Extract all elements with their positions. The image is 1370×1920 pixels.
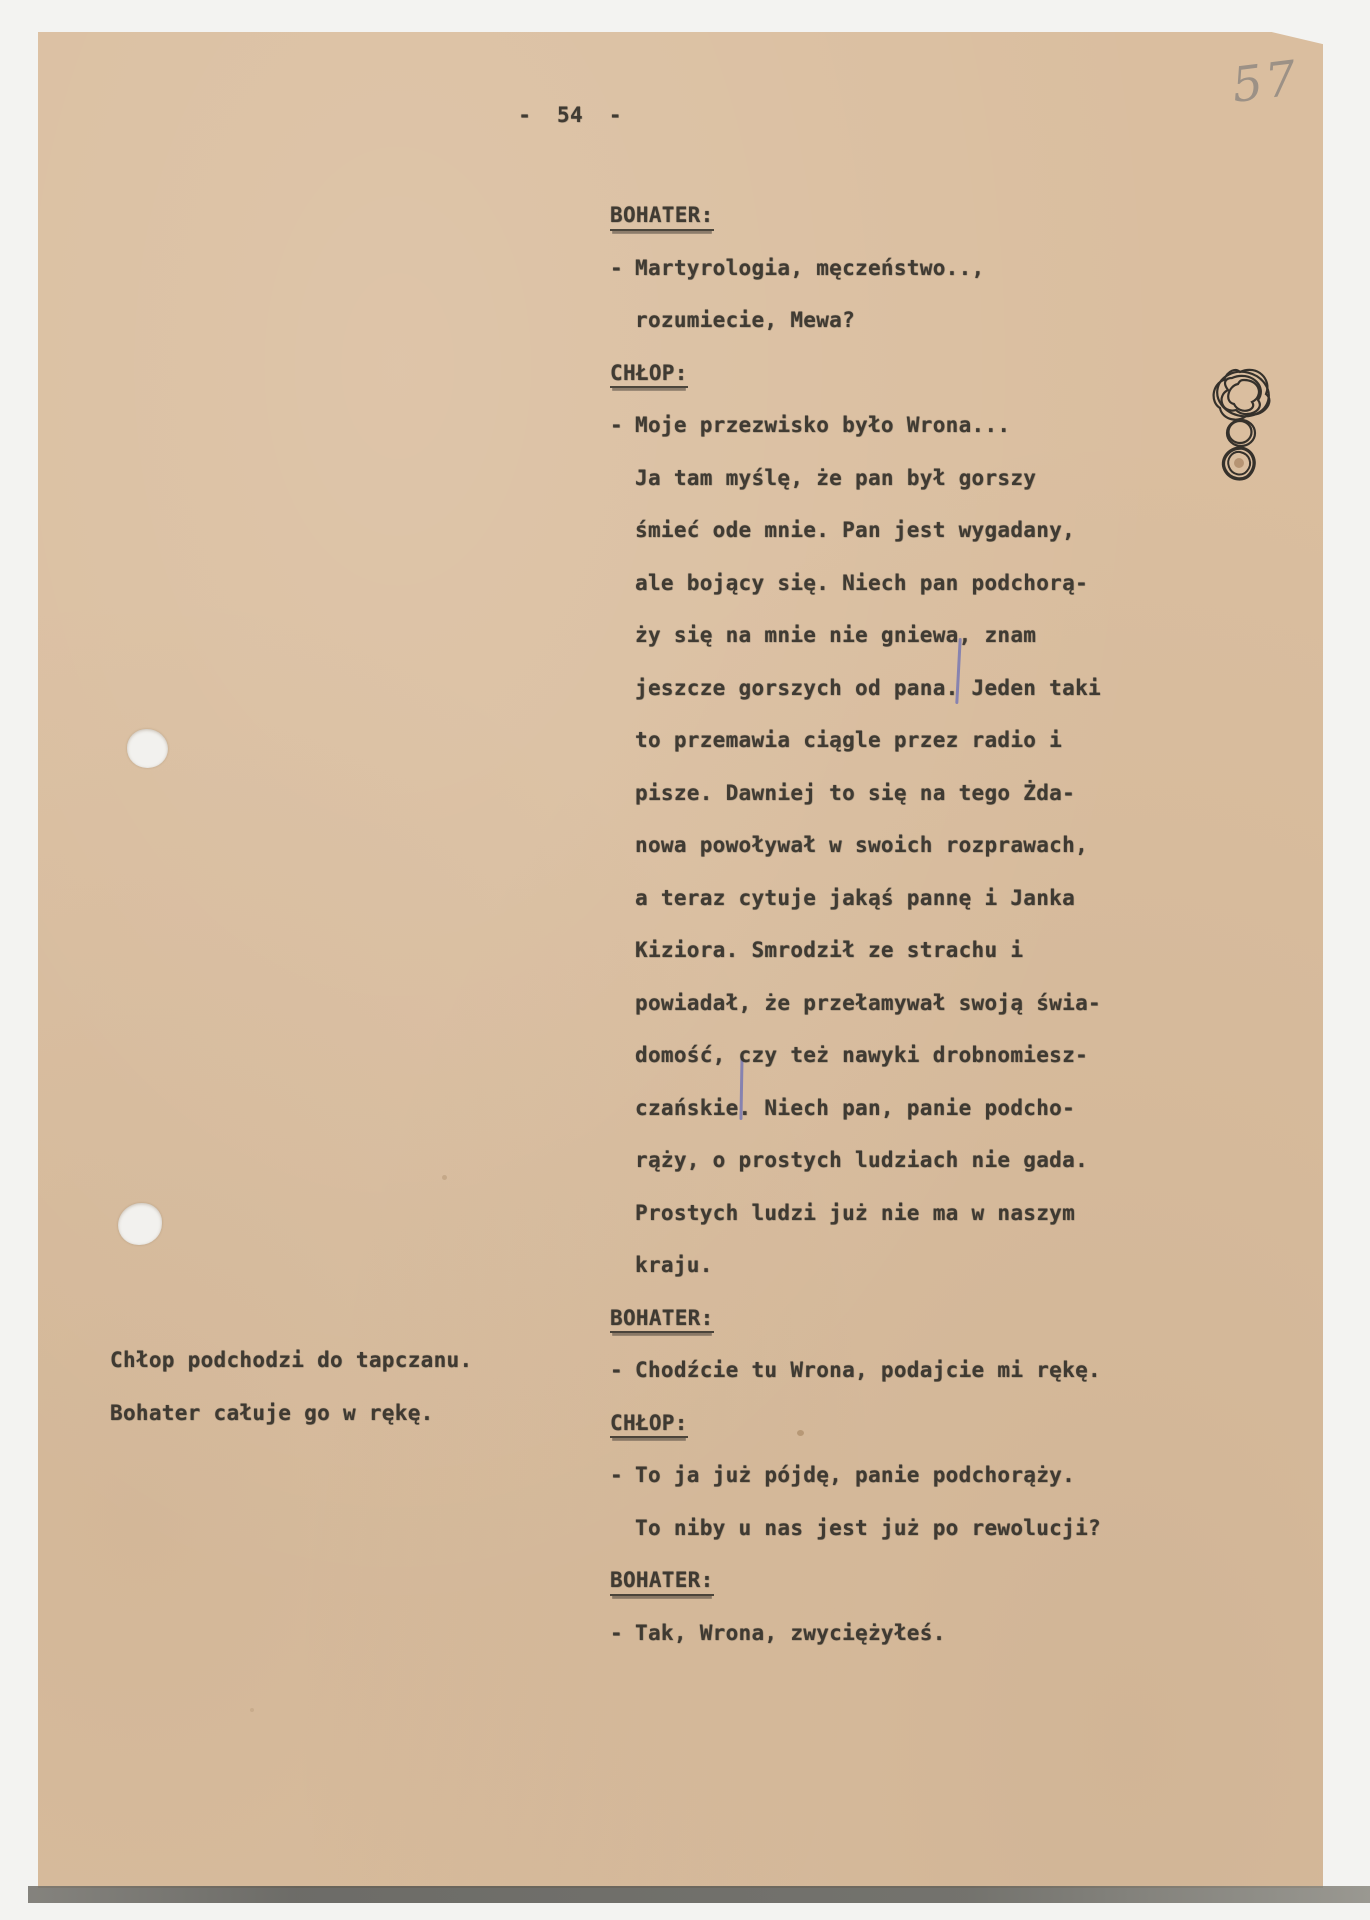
dialogue-dash: - [610,413,635,437]
page-number: - 54 - [500,103,640,127]
dialogue-line: -Tak, Wrona, zwyciężyłeś. [610,1621,1170,1674]
dialogue-line: -Martyrologia, męczeństwo.., [610,256,1170,309]
speaker-name-line: CHŁOP: [610,1411,1170,1464]
dialogue-line: jeszcze gorszych od pana. Jeden taki [610,676,1170,729]
stage-direction-line: Chłop podchodzi do tapczanu. [110,1348,590,1401]
script-column: BOHATER:-Martyrologia, męczeństwo..,rozu… [610,203,1170,1673]
dialogue-line: To niby u nas jest już po rewolucji? [610,1516,1170,1569]
stage-directions: Chłop podchodzi do tapczanu.Bohater cału… [110,1348,590,1453]
dialogue-line: -To ja już pójdę, panie podchorąży. [610,1463,1170,1516]
dialogue-line: Kiziora. Smrodził ze strachu i [610,938,1170,991]
dialogue-line: domość, czy też nawyki drobnomiesz- [610,1043,1170,1096]
dialogue-dash: - [610,256,635,280]
dialogue-dash: - [610,1463,635,1487]
stage-direction-line: Bohater całuje go w rękę. [110,1401,590,1454]
dialogue-line: to przemawia ciągle przez radio i [610,728,1170,781]
dialogue-line: -Moje przezwisko było Wrona... [610,413,1170,466]
scan-edge-shadow [28,1886,1370,1903]
scanned-script-page: - 54 - 57 Chłop podchodzi do tapczanu.Bo… [38,32,1323,1888]
dialogue-dash: - [610,1358,635,1382]
dialogue-line: rąży, o prostych ludziach nie gada. [610,1148,1170,1201]
dialogue-line: kraju. [610,1253,1170,1306]
dialogue-dash: - [610,1621,635,1645]
punch-hole-top [127,729,168,768]
speaker-name-line: BOHATER: [610,1568,1170,1621]
ink-scribble-doodle [1210,366,1290,501]
speaker-name-line: BOHATER: [610,203,1170,256]
dialogue-line: Prostych ludzi już nie ma w naszym [610,1201,1170,1254]
speaker-name-line: CHŁOP: [610,361,1170,414]
dialogue-line: powiadał, że przełamywał swoją świa- [610,991,1170,1044]
dialogue-line: ale bojący się. Niech pan podchorą- [610,571,1170,624]
dialogue-line: Ja tam myślę, że pan był gorszy [610,466,1170,519]
dialogue-line: pisze. Dawniej to się na tego Żda- [610,781,1170,834]
handwritten-page-number: 57 [1229,50,1302,114]
speaker-name-line: BOHATER: [610,1306,1170,1359]
dialogue-line: czańskie. Niech pan, panie podcho- [610,1096,1170,1149]
dialogue-line: śmieć ode mnie. Pan jest wygadany, [610,518,1170,571]
dialogue-line: nowa powoływał w swoich rozprawach, [610,833,1170,886]
dialogue-line: ży się na mnie nie gniewa, znam [610,623,1170,676]
dialogue-line: rozumiecie, Mewa? [610,308,1170,361]
dialogue-line: a teraz cytuje jakąś pannę i Janka [610,886,1170,939]
dialogue-line: -Chodźcie tu Wrona, podajcie mi rękę. [610,1358,1170,1411]
paper-speck [442,1175,447,1180]
punch-hole-bottom [118,1203,162,1245]
paper-speck [250,1708,254,1712]
